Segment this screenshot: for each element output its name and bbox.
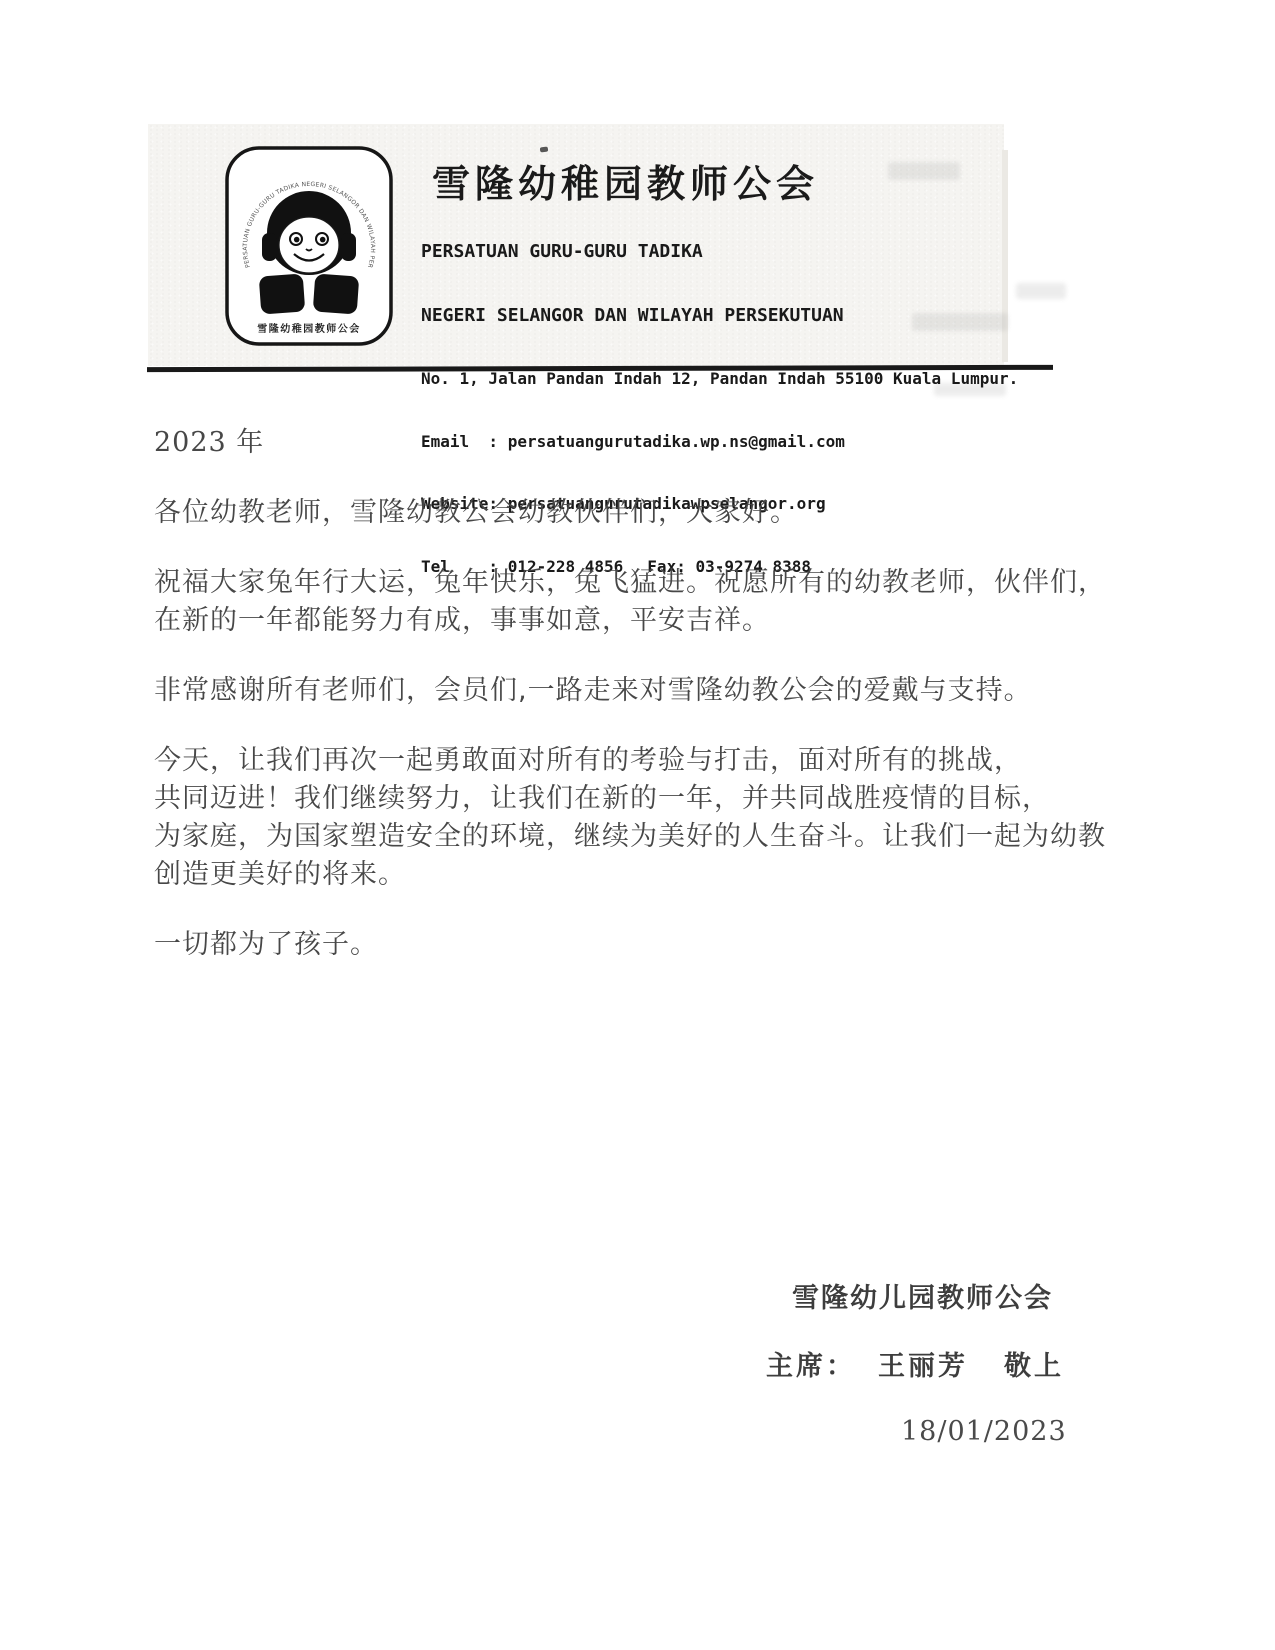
org-name-line1: PERSATUAN GURU-GURU TADIKA [421,239,1018,265]
body-line: 一切都为了孩子。 [154,926,1184,964]
org-name-line2: NEGERI SELANGOR DAN WILAYAH PERSEKUTUAN [421,303,1018,329]
body-line: 共同迈进！我们继续努力，让我们在新的一年，并共同战胜疫情的目标， [154,780,1184,818]
body-line: 在新的一年都能努力有成，事事如意，平安吉祥。 [154,602,1184,640]
signature-org-name: 雪隆幼儿园教师公会 [792,1276,1053,1315]
paragraph: 各位幼教老师，雪隆幼教公会幼教伙伴们，大家好。 [154,494,1184,532]
scan-bleed-artifact [1016,283,1066,299]
year-line: 2023 年 [154,424,1184,462]
association-logo: PERSATUAN GURU-GURU TADIKA NEGERI SELANG… [224,145,394,347]
signature-closing: 敬上 [1004,1344,1064,1383]
paragraph: 祝福大家兔年行大运，兔年快乐，兔飞猛进。祝愿所有的幼教老师，伙伴们，在新的一年都… [154,564,1184,640]
scanned-letter-page: PERSATUAN GURU-GURU TADIKA NEGERI SELANG… [0,0,1275,1650]
org-name-chinese: 雪隆幼稚园教师公会 [432,153,819,208]
scan-bleed-artifact [888,162,960,180]
body-line: 今天，让我们再次一起勇敢面对所有的考验与打击，面对所有的挑战， [154,742,1184,780]
body-line: 祝福大家兔年行大运，兔年快乐，兔飞猛进。祝愿所有的幼教老师，伙伴们， [154,564,1184,602]
signature-title-label: 主席： [766,1344,856,1383]
logo-caption: 雪隆幼稚园教师公会 [257,322,361,335]
body-line: 为家庭，为国家塑造安全的环境，继续为美好的人生奋斗。让我们一起为幼教 [154,818,1184,856]
paragraph: 非常感谢所有老师们，会员们,一路走来对雪隆幼教公会的爱戴与支持。 [154,672,1184,710]
body-line: 创造更美好的将来。 [154,856,1184,894]
signature-line: 主席： 王丽芳 敬上 [766,1344,1064,1383]
signature-chairman-name: 王丽芳 [878,1344,968,1383]
letter-body: 2023 年 各位幼教老师，雪隆幼教公会幼教伙伴们，大家好。祝福大家兔年行大运，… [154,424,1184,996]
body-line: 各位幼教老师，雪隆幼教公会幼教伙伴们，大家好。 [154,494,1184,532]
signature-date: 18/01/2023 [901,1416,1067,1447]
letter-paragraphs: 各位幼教老师，雪隆幼教公会幼教伙伴们，大家好。祝福大家兔年行大运，兔年快乐，兔飞… [154,494,1184,964]
paragraph: 一切都为了孩子。 [154,926,1184,964]
paragraph: 今天，让我们再次一起勇敢面对所有的考验与打击，面对所有的挑战，共同迈进！我们继续… [154,742,1184,894]
body-line: 非常感谢所有老师们，会员们,一路走来对雪隆幼教公会的爱戴与支持。 [154,672,1184,710]
